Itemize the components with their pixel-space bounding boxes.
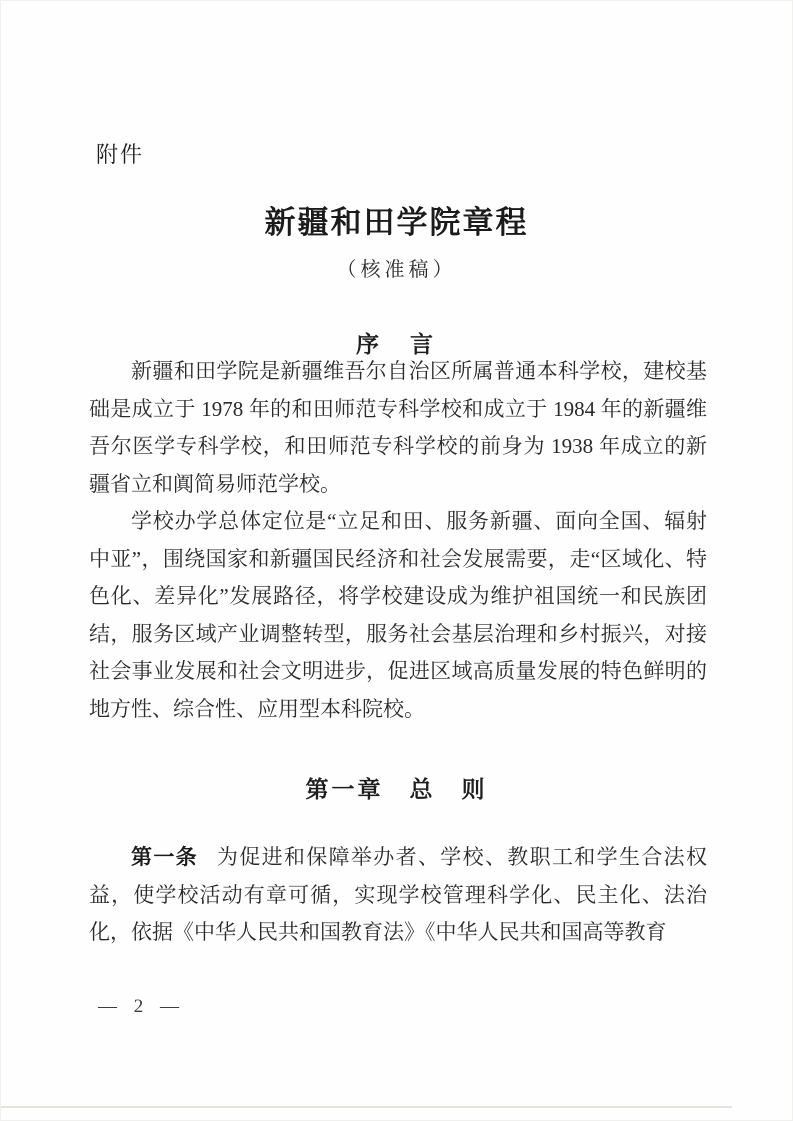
page-number: — 2 —: [98, 996, 185, 1018]
document-title: 新疆和田学院章程: [1, 197, 792, 242]
attachment-label: 附件: [96, 138, 144, 169]
article-one-label: 第一条: [131, 846, 198, 869]
preface-paragraph-1: 新疆和田学院是新疆维吾尔自治区所属普通本科学校，建校基础是成立于 1978 年的…: [89, 353, 707, 503]
preface-paragraph-2: 学校办学总体定位是“立足和田、服务新疆、面向全国、辐射中亚”，围绕国家和新疆国民…: [89, 503, 707, 728]
scan-edge-line: [1, 1106, 732, 1108]
article-one-paragraph: 第一条为促进和保障举办者、学校、教职工和学生合法权益，使学校活动有章可循，实现学…: [89, 839, 707, 952]
chapter-one-heading: 第一章 总 则: [1, 771, 792, 804]
document-subtitle: （核准稿）: [1, 253, 792, 282]
document-page: 附件 新疆和田学院章程 （核准稿） 序 言 新疆和田学院是新疆维吾尔自治区所属普…: [0, 0, 793, 1121]
